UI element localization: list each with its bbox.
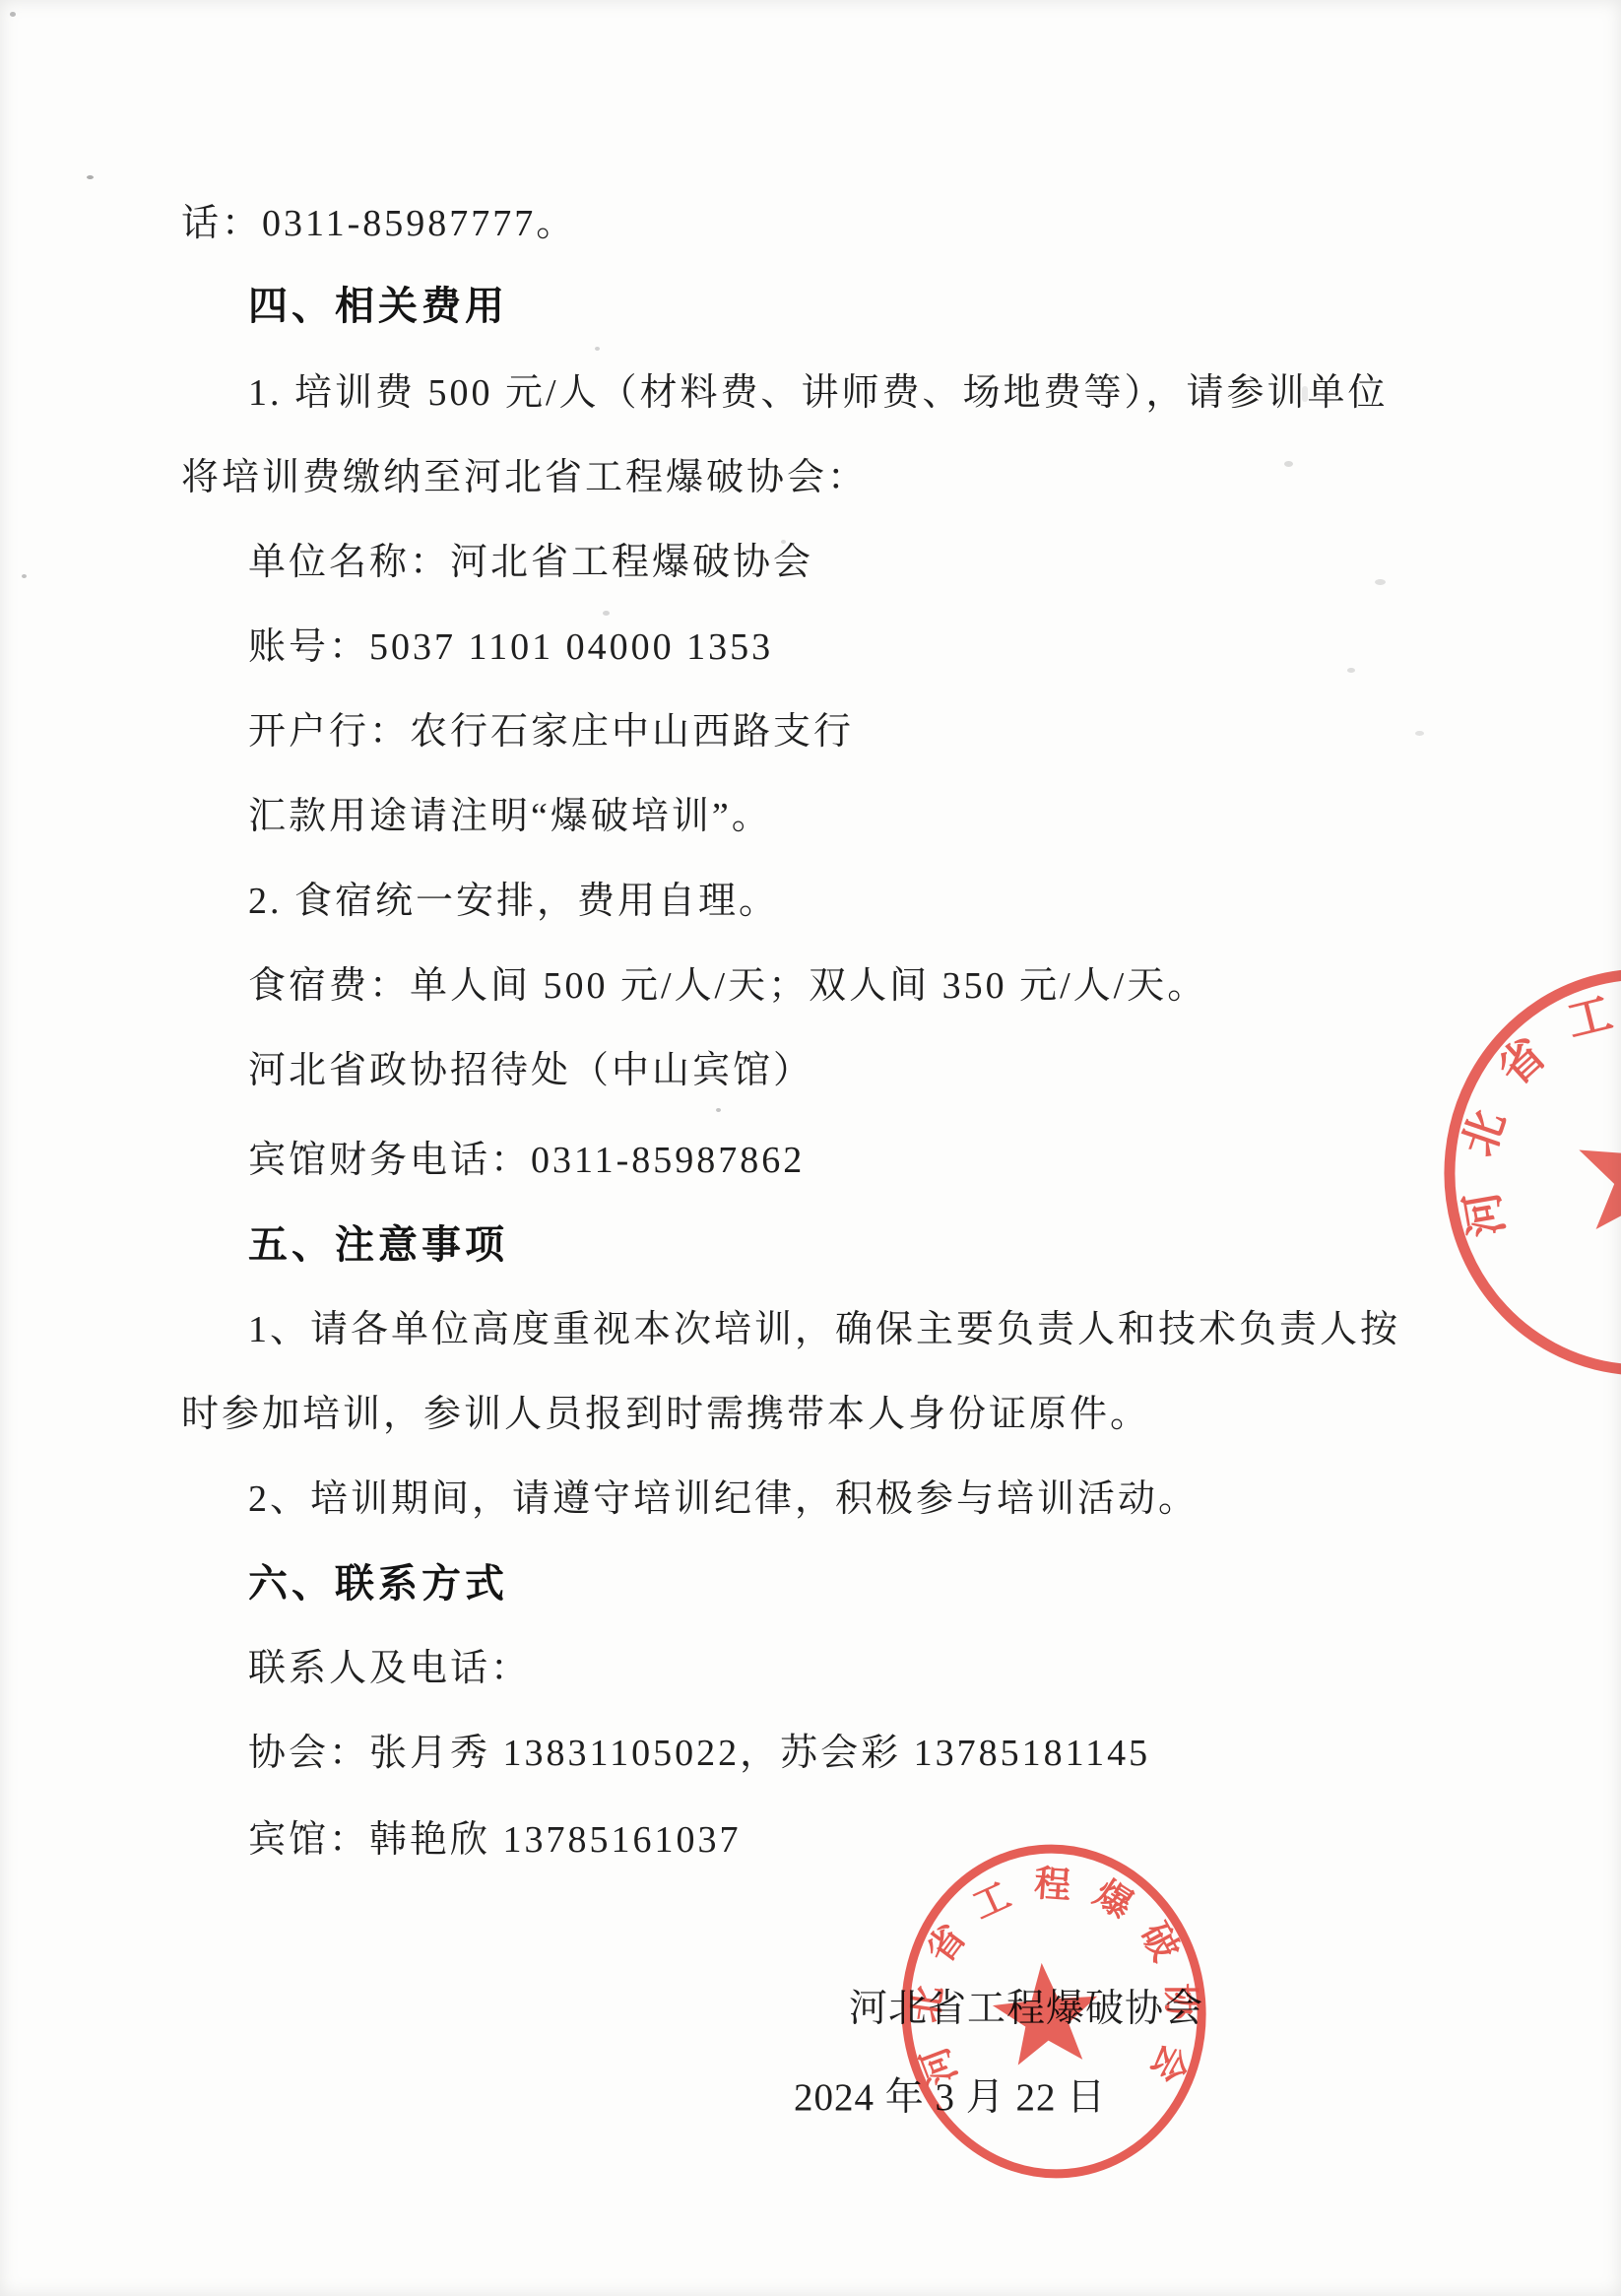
- scan-speck: [1375, 579, 1386, 585]
- scan-speck: [603, 611, 610, 616]
- document-line: 将培训费缴纳至河北省工程爆破协会：: [181, 446, 1491, 500]
- signature-line: 河北省工程爆破协会: [849, 1978, 1203, 2033]
- document-line: 1、请各单位高度重视本次培训，确保主要负责人和技术负责人按: [181, 1298, 1558, 1352]
- document-line: 单位名称：河北省工程爆破协会: [181, 531, 1558, 585]
- document-line: 汇款用途请注明“爆破培训”。: [181, 785, 1558, 839]
- document-line: 河北省政协招待处（中山宾馆）: [181, 1039, 1558, 1093]
- document-line: 账号：5037 1101 04000 1353: [181, 616, 1558, 670]
- section-heading-contact: 六、联系方式: [181, 1552, 1558, 1608]
- date-line: 2024 年 3 月 22 日: [794, 2066, 1106, 2122]
- document-line: 联系人及电话：: [181, 1637, 1558, 1691]
- document-line: 2、培训期间，请遵守培训纪律，积极参与培训活动。: [181, 1468, 1558, 1522]
- scan-speck: [22, 574, 27, 578]
- document-line: 话：0311-85987777。: [181, 192, 1491, 246]
- scan-speck: [1284, 461, 1293, 467]
- scan-speck: [716, 1108, 721, 1112]
- scan-speck: [10, 12, 16, 17]
- document-line: 食宿费：单人间 500 元/人/天；双人间 350 元/人/天。: [181, 954, 1558, 1009]
- scan-speck: [781, 540, 786, 544]
- document-page: 话：0311-85987777。 四、相关费用 1. 培训费 500 元/人（材…: [0, 0, 1621, 2296]
- document-line: 2. 食宿统一安排，费用自理。: [181, 870, 1558, 924]
- document-line: 1. 培训费 500 元/人（材料费、讲师费、场地费等），请参训单位: [181, 361, 1558, 416]
- document-line: 时参加培训，参训人员报到时需携带本人身份证原件。: [181, 1383, 1491, 1437]
- section-heading-fees: 四、相关费用: [181, 275, 1558, 331]
- document-body: 话：0311-85987777。 四、相关费用 1. 培训费 500 元/人（材…: [0, 0, 1621, 2296]
- scan-speck: [595, 347, 600, 351]
- scan-speck: [1302, 386, 1308, 402]
- document-line: 宾馆：韩艳欣 13785161037: [181, 1808, 1558, 1863]
- document-line: 协会：张月秀 13831105022，苏会彩 13785181145: [181, 1722, 1558, 1776]
- section-heading-notes: 五、注意事项: [181, 1214, 1558, 1270]
- scan-speck: [1347, 668, 1355, 673]
- document-line: 宾馆财务电话：0311-85987862: [181, 1129, 1558, 1183]
- document-line: 开户行：农行石家庄中山西路支行: [181, 700, 1558, 754]
- scan-speck: [87, 175, 94, 179]
- scan-speck: [1415, 731, 1424, 736]
